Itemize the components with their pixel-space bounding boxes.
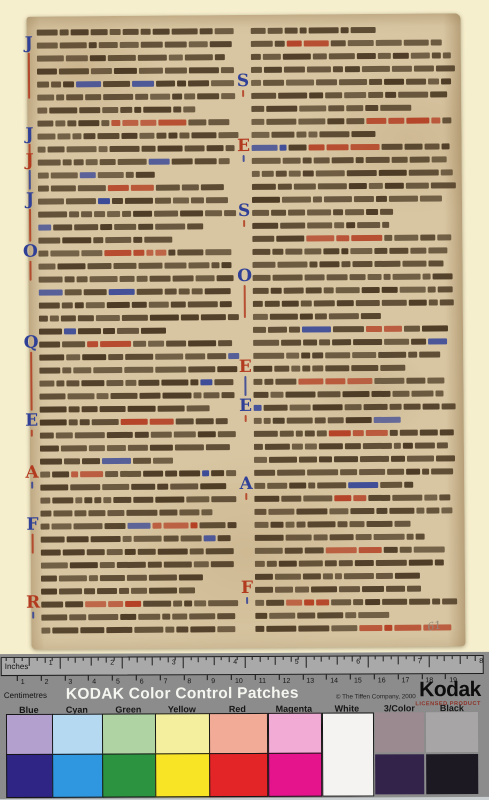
ruler-tick bbox=[252, 657, 253, 660]
decorated-initial-j: J bbox=[21, 127, 37, 144]
cm-tick bbox=[112, 676, 113, 681]
color-patch-3-color bbox=[375, 712, 424, 752]
color-patch-red bbox=[209, 753, 268, 797]
cm-tick bbox=[255, 675, 256, 680]
decorated-initial-q: Q bbox=[23, 335, 39, 352]
ruler-tick bbox=[129, 657, 130, 660]
decorated-initial-r: R bbox=[25, 595, 41, 612]
text-line bbox=[41, 557, 245, 572]
decorated-initial-e: E bbox=[235, 138, 251, 155]
pen-flourish bbox=[32, 534, 34, 554]
inch-number: 5 bbox=[295, 659, 299, 666]
cm-number: 12 bbox=[283, 678, 291, 685]
decorated-initial-s: S bbox=[235, 73, 251, 90]
centimetres-label: Centimetres bbox=[4, 691, 47, 700]
ruler-tick bbox=[83, 658, 84, 661]
inch-number: 1 bbox=[49, 660, 53, 667]
text-line bbox=[254, 464, 460, 479]
ruler-tick bbox=[144, 657, 145, 660]
cm-number: 6 bbox=[140, 678, 144, 685]
ruler-tick bbox=[459, 656, 460, 664]
ruler-tick bbox=[75, 658, 76, 663]
inch-number: 6 bbox=[356, 658, 360, 665]
cm-number: 7 bbox=[164, 678, 168, 685]
cm-number: 1 bbox=[21, 679, 25, 686]
ruler-tick bbox=[290, 657, 291, 662]
manuscript-column-left: JJJJOQEAFR bbox=[37, 24, 246, 644]
text-line bbox=[38, 206, 242, 221]
cm-number: 8 bbox=[187, 678, 191, 685]
ruler-tick bbox=[137, 657, 138, 662]
kodak-logo: Kodak bbox=[419, 678, 481, 702]
cm-tick bbox=[88, 676, 89, 681]
ruler-tick bbox=[475, 656, 476, 661]
cm-number: 10 bbox=[235, 678, 243, 685]
ruler-tick bbox=[436, 656, 437, 659]
cm-number: 9 bbox=[211, 678, 215, 685]
text-line bbox=[254, 503, 460, 518]
cm-tick bbox=[279, 675, 280, 680]
tiffen-copyright: © The Tiffen Company, 2000 bbox=[336, 693, 416, 700]
cm-number: 3 bbox=[68, 679, 72, 686]
kodak-color-target: Inches 12345678 123456789101112131415161… bbox=[0, 652, 489, 800]
pen-flourish bbox=[244, 285, 246, 318]
pen-flourish bbox=[245, 493, 247, 500]
pen-flourish bbox=[246, 597, 248, 604]
inch-number: 3 bbox=[172, 659, 176, 666]
ruler-tick bbox=[352, 657, 353, 662]
pen-flourish bbox=[244, 376, 246, 396]
inch-number: 7 bbox=[418, 658, 422, 665]
ruler-tick bbox=[344, 657, 345, 660]
ruler-tick bbox=[413, 656, 414, 661]
text-line bbox=[38, 154, 242, 169]
color-patch-magenta bbox=[268, 753, 322, 797]
text-line bbox=[39, 388, 243, 403]
ruler-tick bbox=[67, 658, 68, 661]
cm-number: 17 bbox=[402, 677, 410, 684]
decorated-initial-e: E bbox=[238, 398, 254, 415]
inch-ruler: Inches 12345678 bbox=[1, 655, 484, 676]
folio-number: 61 bbox=[426, 618, 442, 633]
text-line bbox=[255, 555, 461, 570]
pen-flourish bbox=[29, 170, 31, 190]
ruler-tick bbox=[14, 658, 15, 663]
color-patch-yellow bbox=[155, 753, 211, 797]
ruler-tick bbox=[198, 657, 199, 662]
ruler-tick bbox=[21, 658, 22, 661]
cm-tick bbox=[17, 676, 18, 681]
ruler-tick bbox=[383, 656, 384, 661]
ruler-tick bbox=[429, 656, 430, 667]
text-line bbox=[253, 295, 459, 310]
ruler-tick bbox=[467, 656, 468, 659]
cm-tick bbox=[302, 675, 303, 680]
text-line bbox=[252, 191, 458, 206]
cm-number: 16 bbox=[378, 677, 386, 684]
color-patch-green bbox=[102, 713, 157, 755]
ruler-tick bbox=[167, 657, 168, 662]
ruler-tick bbox=[398, 656, 399, 664]
decorated-initial-o: O bbox=[22, 244, 38, 261]
pen-flourish bbox=[245, 415, 247, 422]
text-line bbox=[41, 622, 245, 637]
ruler-tick bbox=[152, 657, 153, 665]
ruler-tick bbox=[375, 656, 376, 659]
kodak-chart-title: KODAK Color Control Patches bbox=[66, 685, 299, 704]
text-line bbox=[255, 594, 461, 609]
ruler-tick bbox=[37, 658, 38, 661]
decorated-initial-a: A bbox=[238, 476, 254, 493]
decorated-initial-o: O bbox=[237, 268, 253, 285]
cm-tick bbox=[374, 674, 375, 679]
cm-tick bbox=[207, 675, 208, 680]
cm-tick bbox=[41, 676, 42, 681]
decorated-initial-s: S bbox=[236, 203, 252, 220]
cm-tick bbox=[64, 676, 65, 681]
ruler-tick bbox=[267, 657, 268, 660]
decorated-initial-j: J bbox=[22, 153, 38, 170]
color-patch-white bbox=[322, 712, 374, 796]
color-patch-blue bbox=[6, 714, 54, 756]
ruler-tick bbox=[206, 657, 207, 660]
ruler-tick bbox=[444, 656, 445, 661]
ruler-tick bbox=[260, 657, 261, 662]
decorated-initial-e: E bbox=[24, 413, 40, 430]
color-patch-green bbox=[102, 753, 157, 797]
inch-number: 4 bbox=[233, 659, 237, 666]
ruler-tick bbox=[183, 657, 184, 668]
decorated-initial-a: A bbox=[24, 465, 40, 482]
ruler-tick bbox=[213, 657, 214, 665]
inches-label: Inches bbox=[5, 662, 29, 671]
cm-number: 14 bbox=[330, 678, 338, 685]
text-line bbox=[253, 347, 459, 362]
ruler-tick bbox=[329, 657, 330, 660]
manuscript-column-right: SESOEEAF bbox=[251, 22, 462, 642]
ruler-tick bbox=[229, 657, 230, 662]
color-patch-yellow bbox=[155, 713, 211, 755]
cm-number: 11 bbox=[259, 678, 266, 685]
cm-tick bbox=[398, 674, 399, 679]
ruler-tick bbox=[98, 658, 99, 661]
ruler-tick bbox=[452, 656, 453, 659]
text-line bbox=[40, 440, 244, 455]
color-patch-3-color bbox=[375, 754, 424, 794]
ruler-tick bbox=[336, 657, 337, 665]
ruler-tick bbox=[160, 657, 161, 660]
color-patch-black bbox=[426, 754, 478, 794]
pen-flourish bbox=[28, 53, 30, 99]
ruler-tick bbox=[390, 656, 391, 659]
color-patch-black bbox=[426, 712, 478, 752]
ruler-tick bbox=[29, 658, 30, 666]
cm-tick bbox=[160, 675, 161, 680]
ruler-tick bbox=[44, 658, 45, 663]
ruler-tick bbox=[121, 658, 122, 669]
ruler-tick bbox=[6, 658, 7, 661]
pen-flourish bbox=[31, 430, 33, 437]
cm-number: 2 bbox=[45, 679, 49, 686]
cm-number: 5 bbox=[116, 679, 120, 686]
decorated-initial-e: E bbox=[237, 359, 253, 376]
pen-flourish bbox=[243, 155, 245, 162]
pen-flourish bbox=[31, 482, 33, 489]
ruler-tick bbox=[275, 657, 276, 665]
cm-tick bbox=[350, 675, 351, 680]
ruler-tick bbox=[106, 658, 107, 663]
inch-number: 2 bbox=[110, 660, 114, 667]
ruler-tick bbox=[306, 657, 307, 668]
ruler-tick bbox=[244, 657, 245, 668]
text-line bbox=[39, 310, 243, 325]
text-line bbox=[254, 399, 460, 414]
ruler-tick bbox=[313, 657, 314, 660]
color-patch-red bbox=[209, 713, 268, 755]
photograph: JJJJOQEAFR SESOEEAF 61 Inches 12345678 1… bbox=[0, 0, 489, 800]
decorated-initial-j: J bbox=[21, 36, 37, 53]
ruler-tick bbox=[283, 657, 284, 660]
pen-flourish bbox=[243, 220, 245, 227]
cm-tick bbox=[136, 675, 137, 680]
text-line bbox=[251, 113, 457, 128]
decorated-initial-j: J bbox=[22, 192, 38, 209]
ruler-tick bbox=[90, 658, 91, 666]
color-patch-cyan bbox=[52, 754, 104, 798]
text-line bbox=[37, 89, 241, 104]
cm-tick bbox=[183, 675, 184, 680]
decorated-initial-f: F bbox=[239, 580, 255, 597]
inch-number: 8 bbox=[479, 658, 483, 665]
ruler-tick bbox=[60, 658, 61, 669]
cm-tick bbox=[326, 675, 327, 680]
color-patch-magenta bbox=[268, 713, 322, 755]
color-patches: BlueCyanGreenYellowRedMagentaWhite3/Colo… bbox=[0, 652, 489, 654]
text-line bbox=[251, 87, 457, 102]
color-patch-blue bbox=[6, 754, 54, 798]
manuscript-page: JJJJOQEAFR SESOEEAF 61 bbox=[27, 13, 466, 649]
ruler-tick bbox=[406, 656, 407, 659]
pen-flourish bbox=[29, 209, 31, 242]
pen-flourish bbox=[32, 612, 34, 619]
cm-number: 15 bbox=[354, 677, 362, 684]
ruler-tick bbox=[221, 657, 222, 660]
ruler-tick bbox=[190, 657, 191, 660]
pen-flourish bbox=[242, 90, 244, 97]
color-patch-cyan bbox=[52, 714, 104, 756]
cm-number: 4 bbox=[92, 679, 96, 686]
pen-flourish bbox=[30, 352, 32, 411]
cm-number: 13 bbox=[306, 678, 314, 685]
pen-flourish bbox=[29, 261, 31, 281]
cm-tick bbox=[231, 675, 232, 680]
ruler-tick bbox=[321, 657, 322, 662]
ruler-tick bbox=[367, 656, 368, 667]
decorated-initial-f: F bbox=[24, 517, 40, 534]
